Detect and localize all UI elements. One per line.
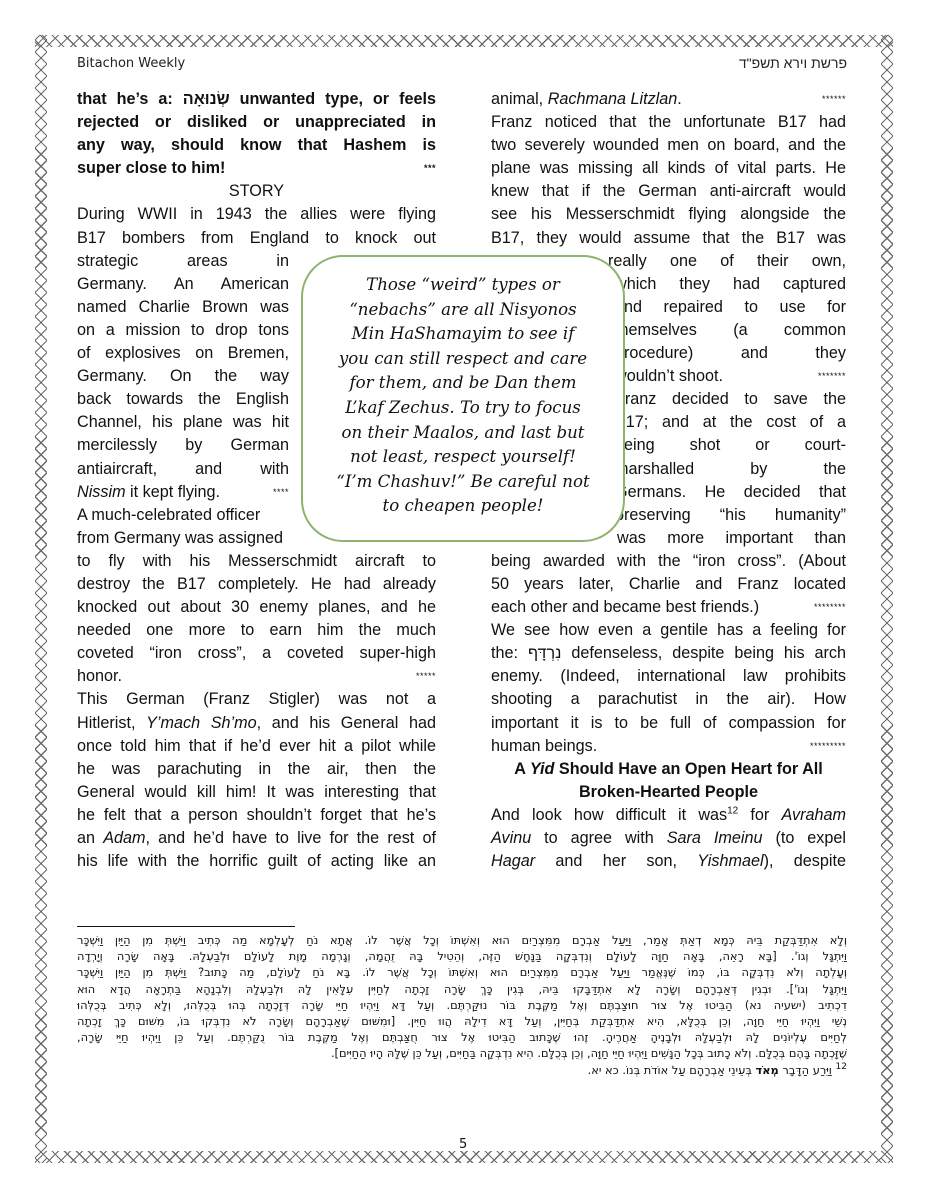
callout-line: to cheapen people! [303,494,623,519]
text-line: the: נִרְדָּף defenseless, despite being… [491,642,846,665]
text-fragment: Hitlerist, [77,714,146,732]
text-line: needed one more to earn him the much [77,619,436,642]
text-line: Avinu to agree with Sara Imeinu (to expe… [491,827,846,850]
footnote-line: דִכְתִיב (ישעיה נא) הַבִּיטוּ אֶל צוּר ח… [77,997,847,1013]
italic-term: Y’mach Sh’mo [146,714,257,732]
text-line: see his Messerschmidt flying alongside t… [491,203,846,226]
text-line: A much-celebrated officer [77,504,289,527]
footnote-line: וְלָא אִתְדַּבְּקַת בֵּיהּ כְּמָא דְאַתְ… [77,932,847,948]
footnotes: וְלָא אִתְדַּבְּקַת בֵּיהּ כְּמָא דְאַתְ… [77,932,847,1078]
footnote-line: לְחַיִּים עֶלְיוֹנִים לָהּ וּלְבַעְלָהּ … [77,1029,847,1045]
callout-line: Min HaShamayim to see if [303,322,623,347]
text-line: antiaircraft, and with [77,458,289,481]
text-line: super close to him!*** [77,157,436,180]
section-separator: *** [424,157,436,180]
text-line: themselves (a common [615,319,846,342]
text-line: an Adam, and he’d have to live for the r… [77,827,436,850]
text-line: Channel, his plane was hit [77,411,289,434]
text-line: wouldn’t shoot.******* [615,365,846,388]
text-line: to fly with his Messerschmidt aircraft t… [77,550,436,573]
text-line: General would kill him! It was interesti… [77,781,436,804]
text-fragment: בְּעֵינֵי אַבְרָהָם עַל אוֹדֹת בְּנוֹ. כ… [588,1063,756,1077]
section-separator: ******** [814,596,846,619]
italic-term: Rachmana Litzlan [548,90,678,108]
text-line: 50 years later, Charlie and Franz locate… [491,573,846,596]
text-line: This German (Franz Stigler) was not a [77,688,436,711]
text-line: rejected or disliked or unappreciated in [77,111,436,134]
footnote-ref-12[interactable]: 12 [727,806,738,817]
text-fragment: And look how difficult it was [491,806,727,824]
text-line: honor.***** [77,665,436,688]
section-subheading-line2: Broken-Hearted People [491,781,846,804]
border-top [35,35,893,47]
text-line: named Charlie Brown was [77,296,289,319]
callout-line: not least, respect yourself! [303,445,623,470]
text-fragment: honor. [77,667,122,685]
text-line: animal, Rachmana Litzlan.****** [491,88,846,111]
text-fragment: , and his General had [257,714,436,732]
text-line: destroy the B17 completely. He had alrea… [77,573,436,596]
text-line: human beings.********* [491,735,846,758]
story-heading: STORY [77,180,436,203]
text-line: And look how difficult it was12 for Avra… [491,804,846,827]
text-line: marshalled by the [615,458,846,481]
text-line: of explosives on Bremen, [77,342,289,365]
text-fragment: וַיֵּרַע הַדָּבָר [779,1063,832,1077]
text-line: Franz decided to save the [615,388,846,411]
italic-term: Yishmael [697,852,763,870]
text-fragment: it kept flying. [126,483,220,501]
text-line: B17 bombers from England to knock out [77,227,436,250]
text-line: enemy. (Indeed, international law prohib… [491,665,846,688]
text-line: shooting a parachutist in the air). How [491,688,846,711]
callout-line: Those “weird” types or [303,273,623,298]
text-line: Germans. He decided that [615,481,846,504]
text-line: Germany. On the way [77,365,289,388]
text-fragment: . [677,90,682,108]
footnote-line: וְעָלְתָה וְלֹא נִדְבְּקָה בּוֹ, כְּמוֹ … [77,964,847,980]
text-line: important it is to be full of compassion… [491,712,846,735]
parsha-title: פרשת וירא תשפ"ד [739,55,847,71]
text-line: being awarded with the “iron cross”. (Ab… [491,550,846,573]
callout-line: for them, and be Dan them [303,371,623,396]
text-line: once told him that if he’d ever hit a pi… [77,735,436,758]
text-line: really one of their own, [608,250,846,273]
callout-line: you can still respect and care [303,347,623,372]
callout-line: on their Maalos, and last but [303,421,623,446]
text-line: Nissim it kept flying.**** [77,481,289,504]
text-line: strategic areas in [77,250,289,273]
text-line: procedure) and they [615,342,846,365]
text-fragment: and her son, [535,852,697,870]
text-line: preserving “his humanity” [615,504,846,527]
publication-title: Bitachon Weekly [77,56,185,71]
text-fragment: , and he’d have to live for the rest of [145,829,436,847]
callout-line: L’kaf Zechus. To try to focus [303,396,623,421]
text-line: knew that if the German anti-aircraft wo… [491,180,846,203]
italic-term: Nissim [77,483,126,501]
text-line: Hagar and her son, Yishmael), despite [491,850,846,873]
text-line: he felt that a person shouldn’t forget t… [77,804,436,827]
text-fragment: each other and became best friends.) [491,598,759,616]
italic-term: Avraham [782,806,846,824]
text-line: knocked out about 30 enemy planes, and h… [77,596,436,619]
text-fragment: wouldn’t shoot. [615,367,723,385]
footnote-line: וַיִּתְגָּל וְגוֹ'. [בָּא רָאֵה, בָּאָה … [77,948,847,964]
text-line: two severely wounded men on board, and t… [491,134,846,157]
section-subheading: A Yid Should Have an Open Heart for All [491,758,846,781]
text-line: that he’s a: שְׂנוּאָה unwanted type, or… [77,88,436,111]
text-line: plane was missing all kinds of vital par… [491,157,846,180]
italic-term: Hagar [491,852,535,870]
text-fragment: animal, [491,90,548,108]
text-line: back towards the English [77,388,289,411]
text-line: coveted “iron cross”, a coveted super-hi… [77,642,436,665]
page-number: 5 [459,1137,467,1152]
text-line: any way, should know that Hashem is [77,134,436,157]
section-separator: ***** [416,665,436,688]
text-fragment: to agree with [531,829,667,847]
text-fragment: for [738,806,781,824]
footnote-marker: 12 [836,1062,847,1072]
text-line: During WWII in 1943 the allies were flyi… [77,203,436,226]
text-line: which they had captured [615,273,846,296]
text-line: and repaired to use for [615,296,846,319]
text-line: being shot or court- [615,434,846,457]
section-separator: ****** [822,88,846,111]
text-line: Hitlerist, Y’mach Sh’mo, and his General… [77,712,436,735]
text-line: Franz noticed that the unfortunate B17 h… [491,111,846,134]
footnote-line: וַיִּתְגָּל וְגוֹ']. וּבְגִין דְּאַבְרָה… [77,981,847,997]
text-fragment: human beings. [491,737,597,755]
footnote-line: נְשֵׁי וַיִּהְיוּ חַיֵּי חַוָּה, וְכֵן ב… [77,1013,847,1029]
italic-term: Yid [530,760,555,778]
section-separator: ********* [810,735,846,758]
text-line: Germany. An American [77,273,289,296]
text-line: on a mission to drop tons [77,319,289,342]
text-line: he was parachuting in the air, then the [77,758,436,781]
text-fragment: an [77,829,103,847]
italic-term: Adam [103,829,145,847]
section-separator: **** [273,481,289,504]
text-line: each other and became best friends.)****… [491,596,846,619]
bold-term: מְאֹד [756,1063,779,1077]
text-line: mercilessly by German [77,434,289,457]
text-fragment: Should Have an Open Heart for All [554,760,822,778]
text-line: B17, they would assume that the B17 was [491,227,846,250]
border-bottom [35,1151,893,1163]
footnote-12: 12 וַיֵּרַע הַדָּבָר מְאֹד בְּעֵינֵי אַב… [77,1062,847,1078]
text-fragment: A [514,760,530,778]
text-fragment: (to expel [762,829,846,847]
footnote-line: שֶׁזָּכְתָה בָּהֶם בְּכֻלָּם. וְלֹא כָתו… [77,1045,847,1061]
italic-term: Avinu [491,829,531,847]
text-line: his life with the horrific guilt of acti… [77,850,436,873]
border-left [35,35,47,1163]
callout-line: “nebachs” are all Nisyonos [303,298,623,323]
italic-term: Sara Imeinu [667,829,763,847]
footnote-divider [77,926,295,927]
text-line: We see how even a gentile has a feeling … [491,619,846,642]
text-line: was more important than [617,527,846,550]
text-line: B17; and at the cost of a [615,411,846,434]
pull-quote-callout: Those “weird” types or “nebachs” are all… [301,255,625,542]
border-right [881,35,893,1163]
callout-line: “I’m Chashuv!” Be careful not [303,470,623,495]
section-separator: ******* [818,365,846,388]
text-fragment: ), despite [764,852,846,870]
text-fragment: super close to him! [77,159,225,177]
